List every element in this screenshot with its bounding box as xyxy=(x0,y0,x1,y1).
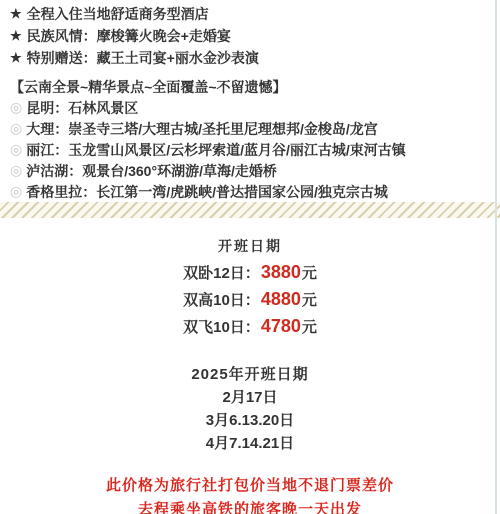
page-edge-line xyxy=(495,0,497,514)
highlight-item: ◎ 昆明：石林风景区 xyxy=(10,97,500,118)
notice-line: 此价格为旅行社打包价当地不退门票差价 xyxy=(0,478,500,494)
feature-item: ★ 全程入住当地舒适商务型酒店 xyxy=(10,3,500,25)
highlights-title: 【云南全景~精华景点~全面覆盖~不留遗憾】 xyxy=(10,77,500,97)
ring-bullet-icon: ◎ xyxy=(10,120,22,137)
star-icon: ★ xyxy=(10,50,22,66)
departure-date: 2月17日 xyxy=(0,390,500,406)
price-label: 双高10日： xyxy=(183,292,260,309)
departure-date: 4月7.14.21日 xyxy=(0,436,500,452)
schedule-title: 开班日期 xyxy=(0,238,500,254)
feature-item: ★ 特别赠送：藏王土司宴+丽水金沙表演 xyxy=(10,47,500,69)
highlight-item: ◎ 大理：崇圣寺三塔/大理古城/圣托里尼理想邦/金梭岛/龙宫 xyxy=(10,118,500,139)
departures-2025-title: 2025年开班日期 xyxy=(0,367,500,383)
highlight-text: 香格里拉：长江第一湾/虎跳峡/普达措国家公园/独克宗古城 xyxy=(26,182,388,202)
star-icon: ★ xyxy=(10,6,22,22)
price-row: 双高10日：4880元 xyxy=(0,290,500,310)
highlight-text: 大理：崇圣寺三塔/大理古城/圣托里尼理想邦/金梭岛/龙宫 xyxy=(26,119,378,139)
price-value: 3880 xyxy=(260,262,302,282)
price-unit: 元 xyxy=(302,265,317,282)
ring-bullet-icon: ◎ xyxy=(10,99,22,116)
feature-text: 民族风情：摩梭篝火晚会+走婚宴 xyxy=(27,26,231,46)
pricing-section: 开班日期 双卧12日：3880元 双高10日：4880元 双飞10日：4780元… xyxy=(0,238,500,514)
feature-list: ★ 全程入住当地舒适商务型酒店 ★ 民族风情：摩梭篝火晚会+走婚宴 ★ 特别赠送… xyxy=(0,0,500,69)
highlight-text: 昆明：石林风景区 xyxy=(26,98,138,118)
price-unit: 元 xyxy=(302,292,317,309)
price-label: 双飞10日： xyxy=(183,319,260,336)
ring-bullet-icon: ◎ xyxy=(10,183,22,200)
highlight-item: ◎ 香格里拉：长江第一湾/虎跳峡/普达措国家公园/独克宗古城 xyxy=(10,181,500,202)
departure-date: 3月6.13.20日 xyxy=(0,413,500,429)
notice-section: 此价格为旅行社打包价当地不退门票差价 去程乘坐高铁的旅客晚一天出发 xyxy=(0,478,500,514)
feature-text: 特别赠送：藏王土司宴+丽水金沙表演 xyxy=(27,48,259,68)
price-unit: 元 xyxy=(302,319,317,336)
travel-itinerary-page: ★ 全程入住当地舒适商务型酒店 ★ 民族风情：摩梭篝火晚会+走婚宴 ★ 特别赠送… xyxy=(0,0,500,514)
highlights-list: ◎ 昆明：石林风景区 ◎ 大理：崇圣寺三塔/大理古城/圣托里尼理想邦/金梭岛/龙… xyxy=(10,97,500,202)
highlight-item: ◎ 丽江：玉龙雪山风景区/云杉坪索道/蓝月谷/丽江古城/束河古镇 xyxy=(10,139,500,160)
notice-line: 去程乘坐高铁的旅客晚一天出发 xyxy=(0,502,500,514)
highlights-section: 【云南全景~精华景点~全面覆盖~不留遗憾】 ◎ 昆明：石林风景区 ◎ 大理：崇圣… xyxy=(0,77,500,202)
highlight-item: ◎ 泸沽湖：观景台/360°环湖游/草海/走婚桥 xyxy=(10,160,500,181)
ring-bullet-icon: ◎ xyxy=(10,141,22,158)
feature-text: 全程入住当地舒适商务型酒店 xyxy=(27,4,209,24)
price-row: 双卧12日：3880元 xyxy=(0,263,500,283)
diagonal-stripe-divider xyxy=(0,202,500,218)
price-label: 双卧12日： xyxy=(183,265,260,282)
star-icon: ★ xyxy=(10,28,22,44)
ring-bullet-icon: ◎ xyxy=(10,162,22,179)
highlight-text: 泸沽湖：观景台/360°环湖游/草海/走婚桥 xyxy=(26,161,277,181)
price-value: 4780 xyxy=(260,316,302,336)
highlight-text: 丽江：玉龙雪山风景区/云杉坪索道/蓝月谷/丽江古城/束河古镇 xyxy=(26,140,406,160)
feature-item: ★ 民族风情：摩梭篝火晚会+走婚宴 xyxy=(10,25,500,47)
price-value: 4880 xyxy=(260,289,302,309)
price-row: 双飞10日：4780元 xyxy=(0,317,500,337)
